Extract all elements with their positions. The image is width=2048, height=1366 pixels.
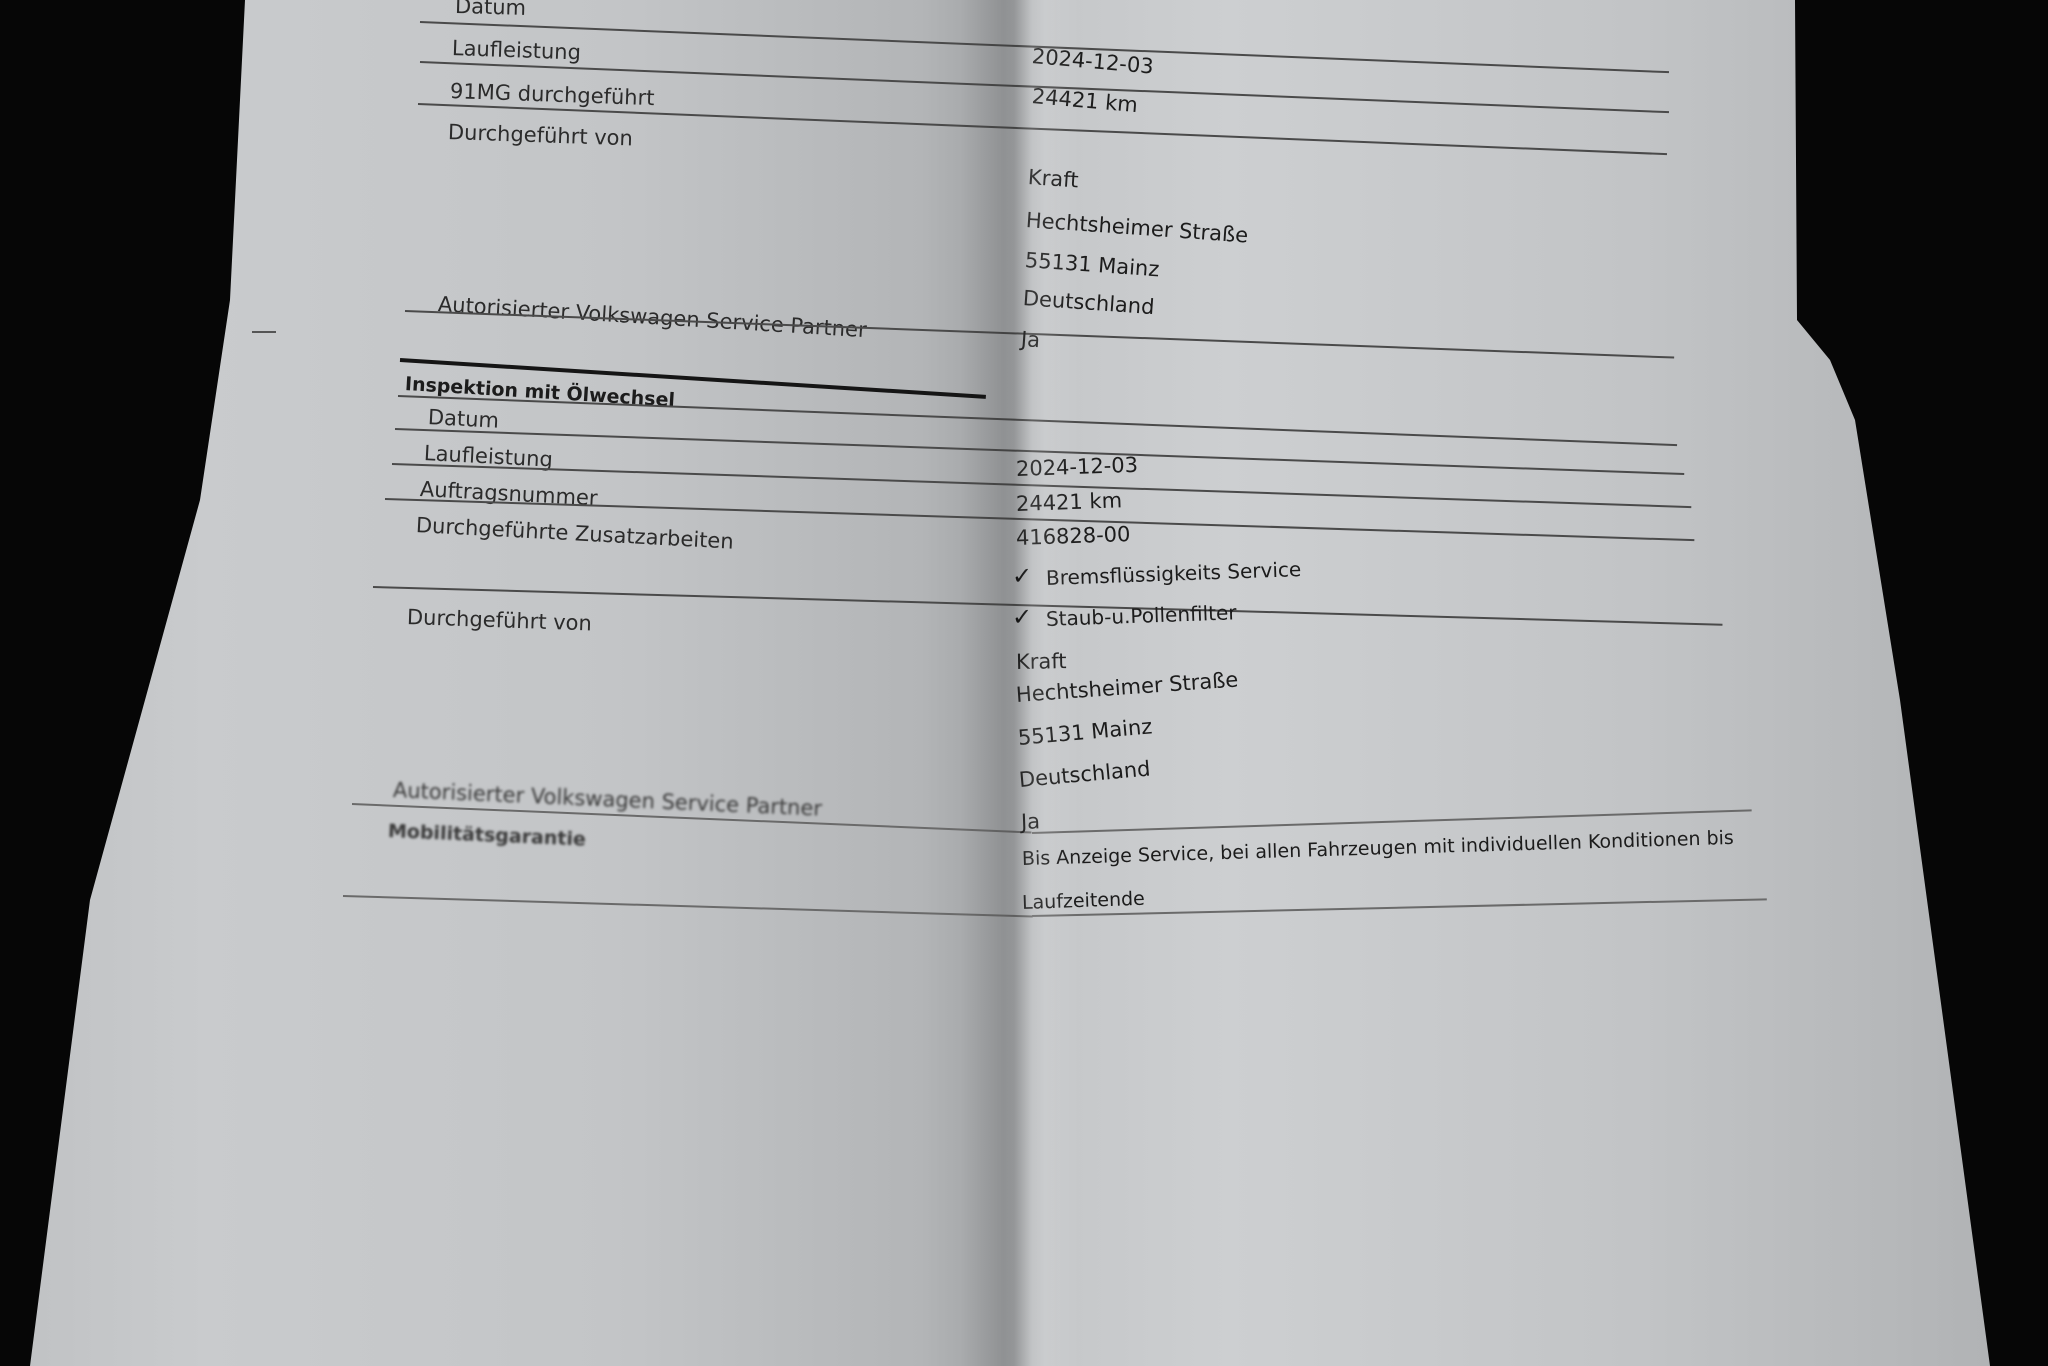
value-partner-1: Ja [1020, 327, 1041, 352]
value-city-1: 55131 Mainz [1024, 248, 1160, 281]
label-mobilitaetsgarantie: Mobilitätsgarantie [388, 820, 587, 851]
value-auftragsnummer: 416828-00 [1016, 522, 1131, 550]
label-durchgefuehrt-von-2: Durchgeführt von [407, 605, 593, 635]
value-mobilitaetsgarantie-line2: Laufzeitende [1022, 888, 1146, 914]
checkmark-icon: ✓ [1012, 603, 1032, 631]
service-record-sheet: Datum Laufleistung 2024-12-03 91MG durch… [0, 0, 2048, 1366]
value-name-1: Kraft [1027, 165, 1079, 192]
value-partner-2: Ja [1021, 809, 1041, 834]
zusatzarbeit-item: Bremsflüssigkeits Service [1046, 557, 1302, 590]
value-mobilitaetsgarantie-line1: Bis Anzeige Service, bei allen Fahrzeuge… [1022, 827, 1734, 870]
row-divider [343, 895, 1033, 917]
value-street-1: Hechtsheimer Straße [1025, 208, 1249, 247]
label-partner-1: Autorisierter Volkswagen Service Partner [437, 292, 867, 342]
value-datum-2: 2024-12-03 [1016, 453, 1139, 481]
margin-mark [252, 331, 276, 333]
checkmark-icon: ✓ [1012, 562, 1032, 590]
value-laufleistung-2: 24421 km [1016, 488, 1123, 516]
label-durchgefuehrt-von-1: Durchgeführt von [448, 120, 634, 150]
label-laufleistung-1: Laufleistung [452, 36, 582, 64]
value-country-1: Deutschland [1022, 286, 1155, 319]
value-name-2: Kraft [1016, 649, 1067, 674]
label-datum-1: Datum [455, 0, 527, 20]
value-city-2: 55131 Mainz [1017, 714, 1153, 750]
row-divider [398, 395, 1677, 446]
value-country-2: Deutschland [1018, 757, 1151, 792]
label-zusatzarbeiten: Durchgeführte Zusatzarbeiten [415, 513, 734, 554]
